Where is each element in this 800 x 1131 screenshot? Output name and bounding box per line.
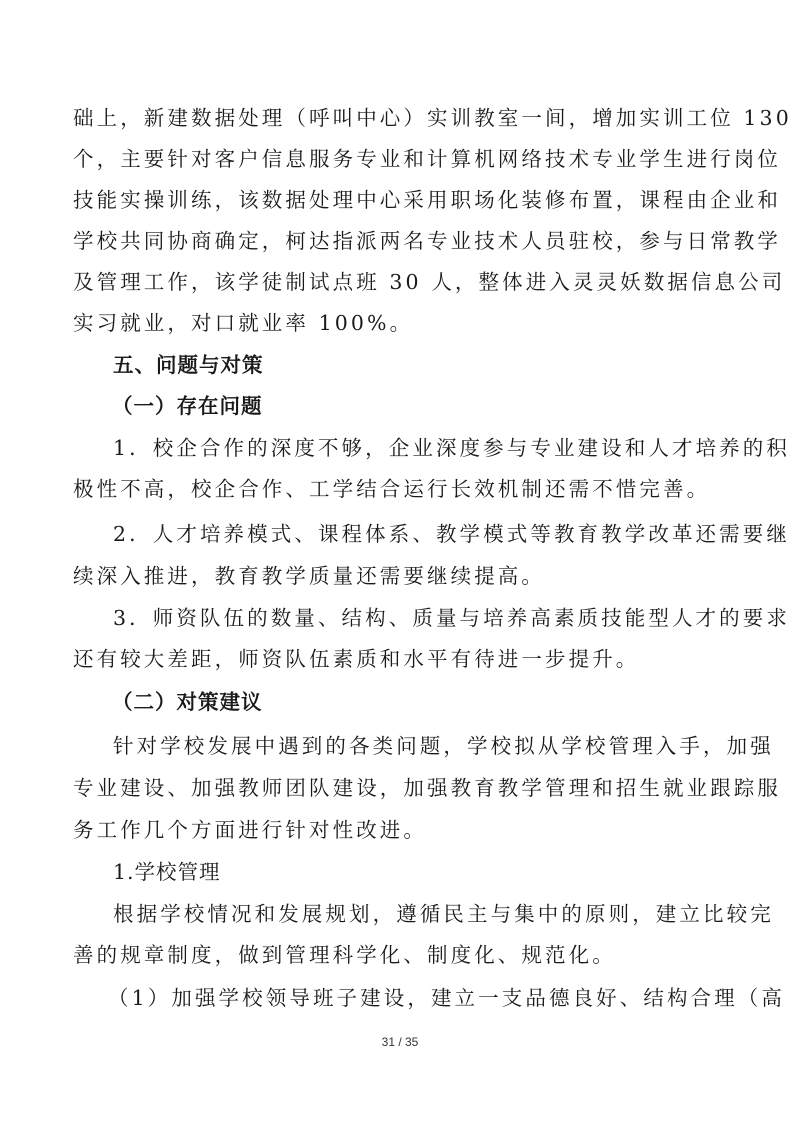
paragraph-line: 学校共同协商确定，柯达指派两名专业技术人员驻校，参与日常教学 — [73, 227, 733, 255]
paragraph-line: 个，主要针对客户信息服务专业和计算机网络技术专业学生进行岗位 — [73, 145, 733, 173]
paragraph-line: 实习就业，对口就业率 100%。 — [73, 309, 733, 337]
item-1-sub-1: （1）加强学校领导班子建设，建立一支品德良好、结构合理（高 — [108, 984, 768, 1012]
intro-line-3: 务工作几个方面进行针对性改进。 — [73, 816, 733, 844]
section-heading: 五、问题与对策 — [113, 351, 773, 379]
problem-1-line-2: 极性不高，校企合作、工学结合运行长效机制还需不惜完善。 — [73, 475, 733, 503]
problem-2-line-1: 2．人才培养模式、课程体系、教学模式等教育教学改革还需要继 — [113, 520, 773, 548]
subsection-heading-suggestions: （二）对策建议 — [112, 688, 772, 716]
paragraph-line: 础上，新建数据处理（呼叫中心）实训教室一间，增加实训工位 130 — [73, 104, 733, 132]
subsection-heading-problems: （一）存在问题 — [112, 392, 772, 420]
intro-line-2: 专业建设、加强教师团队建设，加强教育教学管理和招生就业跟踪服 — [73, 774, 733, 802]
problem-1-line-1: 1．校企合作的深度不够，企业深度参与专业建设和人才培养的积 — [113, 434, 773, 462]
page-number: 31 / 35 — [0, 1035, 800, 1049]
intro-line-1: 针对学校发展中遇到的各类问题，学校拟从学校管理入手，加强 — [113, 732, 773, 760]
problem-3-line-2: 还有较大差距，师资队伍素质和水平有待进一步提升。 — [73, 645, 733, 673]
paragraph-line: 技能实操训练，该数据处理中心采用职场化装修布置，课程由企业和 — [73, 186, 733, 214]
item-1-body-line-1: 根据学校情况和发展规划，遵循民主与集中的原则，建立比较完 — [113, 900, 773, 928]
document-page: 础上，新建数据处理（呼叫中心）实训教室一间，增加实训工位 130 个，主要针对客… — [0, 0, 800, 1131]
paragraph-line: 及管理工作，该学徒制试点班 30 人，整体进入灵灵妖数据信息公司 — [73, 268, 733, 296]
problem-3-line-1: 3．师资队伍的数量、结构、质量与培养高素质技能型人才的要求 — [113, 604, 773, 632]
item-1-body-line-2: 善的规章制度，做到管理科学化、制度化、规范化。 — [73, 941, 733, 969]
item-1-heading: 1.学校管理 — [113, 858, 773, 886]
problem-2-line-2: 续深入推进，教育教学质量还需要继续提高。 — [73, 562, 733, 590]
